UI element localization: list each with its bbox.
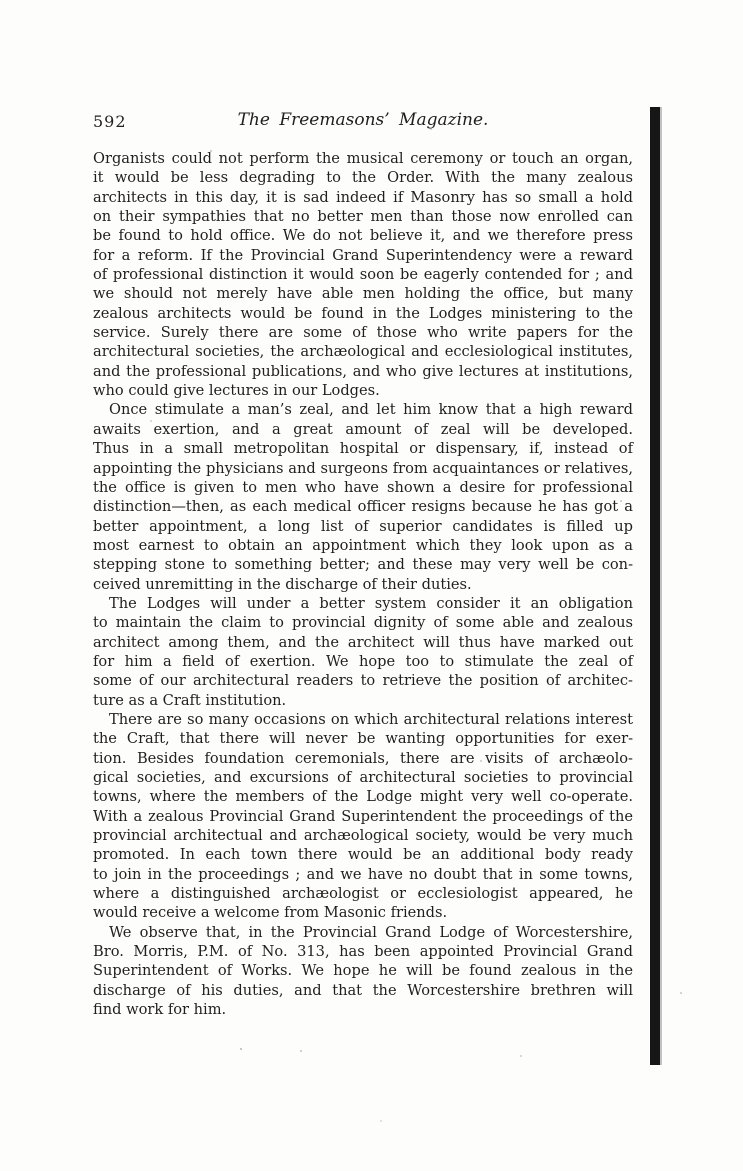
binding-bar bbox=[650, 107, 660, 1065]
text-line: promoted. In each town there would be an… bbox=[93, 845, 633, 864]
text-line: to maintain the claim to provincial dign… bbox=[93, 613, 633, 632]
text-line: awaits exertion, and a great amount of z… bbox=[93, 420, 633, 439]
text-line: architectural societies, the archæologic… bbox=[93, 342, 633, 361]
text-line: for a reform. If the Provincial Grand Su… bbox=[93, 246, 633, 265]
text-line: of professional distinction it would soo… bbox=[93, 265, 633, 284]
text-line: There are so many occasions on which arc… bbox=[93, 710, 633, 729]
paragraph: The Lodges will under a better system co… bbox=[93, 594, 633, 710]
paragraph: Organists could not perform the musical … bbox=[93, 149, 633, 400]
text-line: appointing the physicians and surgeons f… bbox=[93, 459, 633, 478]
text-line: better appointment, a long list of super… bbox=[93, 517, 633, 536]
journal-title: The Freemasons’ Magazine. bbox=[93, 110, 633, 130]
text-line: provincial architectual and archæologica… bbox=[93, 826, 633, 845]
text-line: Bro. Morris, P.M. of No. 313, has been a… bbox=[93, 942, 633, 961]
text-line: on their sympathies that no better men t… bbox=[93, 207, 633, 226]
text-line: service. Surely there are some of those … bbox=[93, 323, 633, 342]
text-line: and the professional publications, and w… bbox=[93, 362, 633, 381]
page-header: 592 The Freemasons’ Magazine. bbox=[93, 110, 633, 134]
paragraph: There are so many occasions on which arc… bbox=[93, 710, 633, 923]
text-line: zealous architects would be found in the… bbox=[93, 304, 633, 323]
text-line: The Lodges will under a better system co… bbox=[93, 594, 633, 613]
text-line: be found to hold office. We do not belie… bbox=[93, 226, 633, 245]
text-line: distinction—then, as each medical office… bbox=[93, 497, 633, 516]
paragraph: We observe that, in the Provincial Grand… bbox=[93, 923, 633, 1020]
text-line: towns, where the members of the Lodge mi… bbox=[93, 787, 633, 806]
text-line: Once stimulate a man’s zeal, and let him… bbox=[93, 400, 633, 419]
text-line: the Craft, that there will never be want… bbox=[93, 729, 633, 748]
paragraph: Once stimulate a man’s zeal, and let him… bbox=[93, 400, 633, 593]
text-line: architects in this day, it is sad indeed… bbox=[93, 188, 633, 207]
text-line: we should not merely have able men holdi… bbox=[93, 284, 633, 303]
text-line: for him a field of exertion. We hope too… bbox=[93, 652, 633, 671]
text-line: With a zealous Provincial Grand Superint… bbox=[93, 807, 633, 826]
text-line: Organists could not perform the musical … bbox=[93, 149, 633, 168]
scan-noise bbox=[0, 0, 2, 2]
text-line: tion. Besides foundation ceremonials, th… bbox=[93, 749, 633, 768]
text-line: stepping stone to something better; and … bbox=[93, 555, 633, 574]
scanned-page: 592 The Freemasons’ Magazine. Organists … bbox=[0, 0, 743, 1171]
text-line: find work for him. bbox=[93, 1000, 633, 1019]
page-body: Organists could not perform the musical … bbox=[93, 149, 633, 1019]
text-line: Superintendent of Works. We hope he will… bbox=[93, 961, 633, 980]
text-line: We observe that, in the Provincial Grand… bbox=[93, 923, 633, 942]
text-line: where a distinguished archæologist or ec… bbox=[93, 884, 633, 903]
text-line: ceived unremitting in the discharge of t… bbox=[93, 575, 633, 594]
text-line: gical societies, and excursions of archi… bbox=[93, 768, 633, 787]
text-line: would receive a welcome from Masonic fri… bbox=[93, 903, 633, 922]
text-line: the office is given to men who have show… bbox=[93, 478, 633, 497]
text-line: architect among them, and the architect … bbox=[93, 633, 633, 652]
text-line: to join in the proceedings ; and we have… bbox=[93, 865, 633, 884]
text-line: some of our architectural readers to ret… bbox=[93, 671, 633, 690]
text-line: it would be less degrading to the Order.… bbox=[93, 168, 633, 187]
text-line: Thus in a small metropolitan hospital or… bbox=[93, 439, 633, 458]
text-line: most earnest to obtain an appointment wh… bbox=[93, 536, 633, 555]
text-line: ture as a Craft institution. bbox=[93, 691, 633, 710]
text-line: discharge of his duties, and that the Wo… bbox=[93, 981, 633, 1000]
text-line: who could give lectures in our Lodges. bbox=[93, 381, 633, 400]
